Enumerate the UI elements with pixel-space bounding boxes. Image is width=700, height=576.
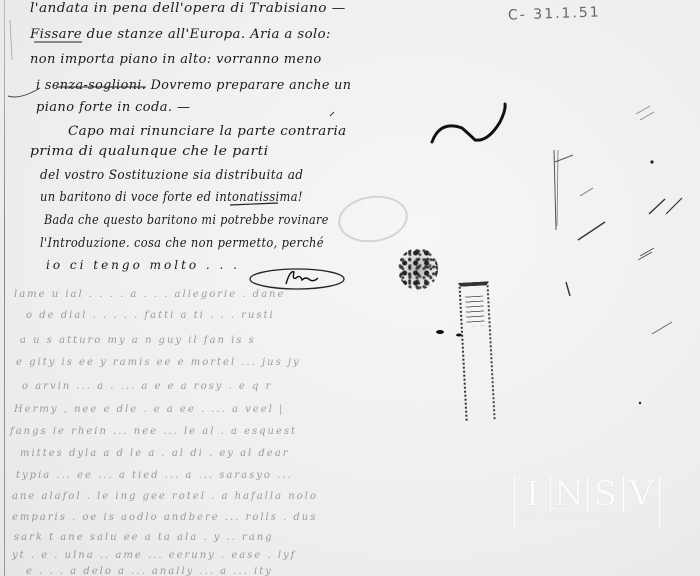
watermark-letter: I: [515, 476, 551, 512]
watermark-letter: V: [624, 476, 659, 512]
signature: [248, 266, 346, 290]
watermark-subtitle-2: Parma: [636, 523, 653, 529]
watermark-letter: S: [588, 476, 624, 512]
flourish-icon: [432, 104, 505, 142]
manuscript-page: C- 31.1.51 l'andata in pena dell'opera d…: [0, 0, 700, 576]
insv-watermark: I N S V Istituto Nazionale di Studi Verd…: [514, 476, 660, 532]
watermark-letter: N: [551, 476, 587, 512]
ink-blot: [398, 248, 438, 290]
watermark-subtitle: Istituto Nazionale di Studi Verdiani: [518, 514, 629, 521]
